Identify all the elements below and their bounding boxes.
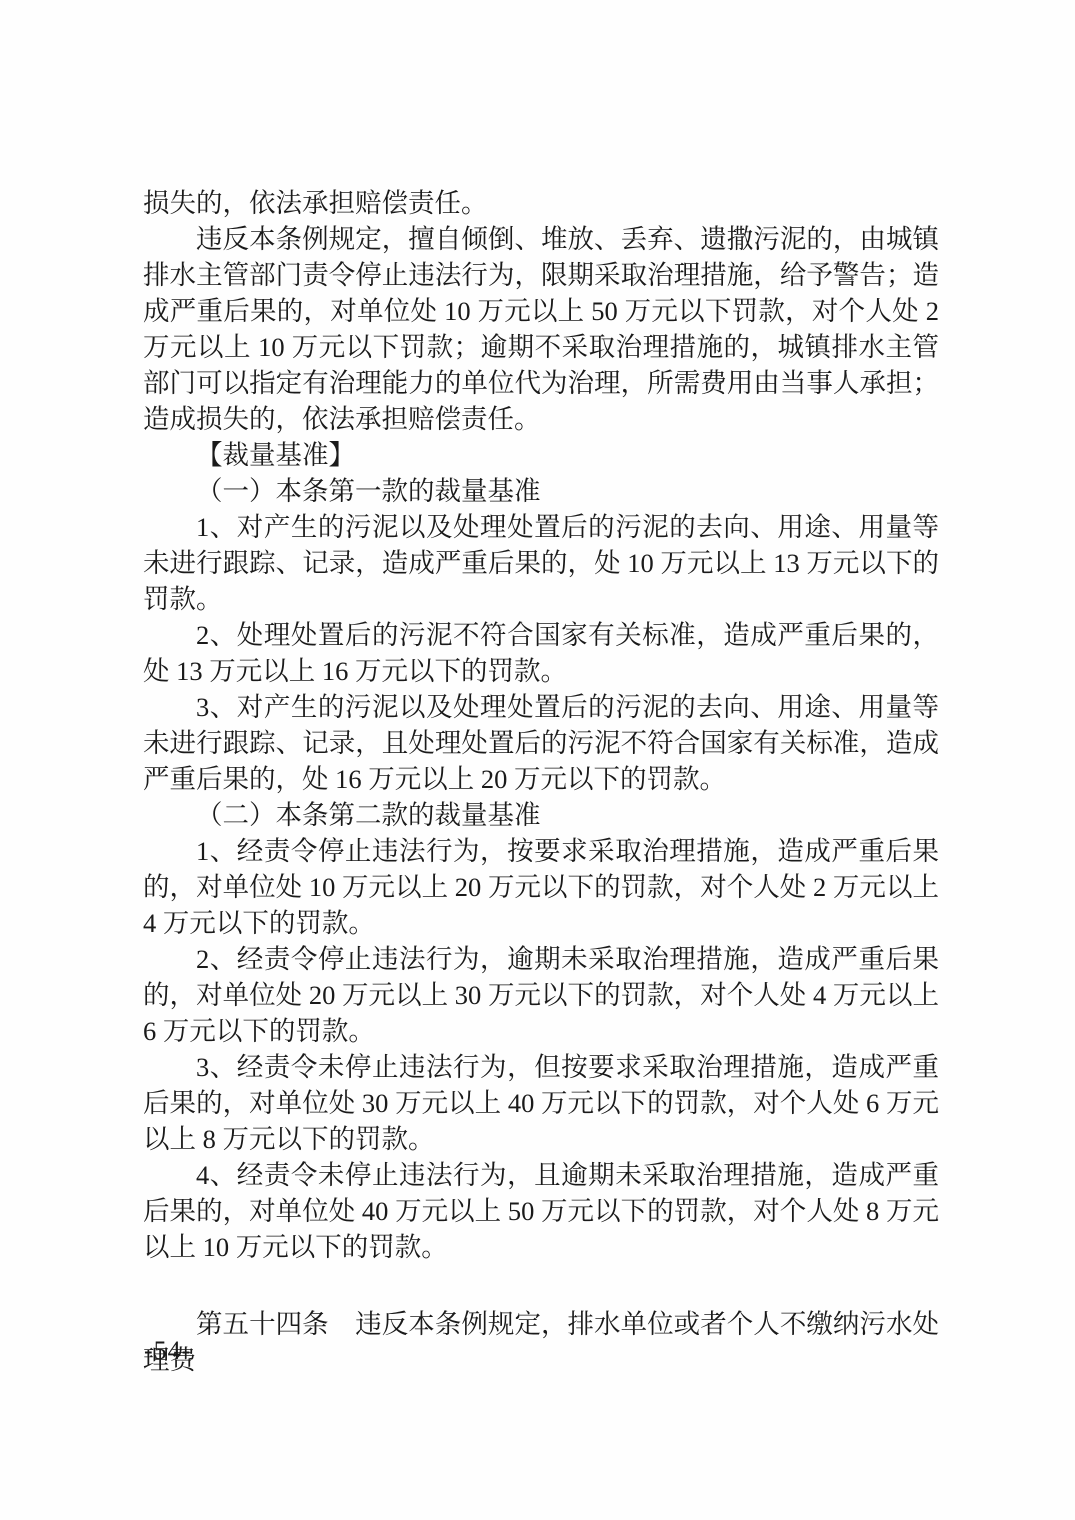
document-body: 损失的，依法承担赔偿责任。违反本条例规定，擅自倾倒、堆放、丢弃、遗撒污泥的，由城… xyxy=(143,185,939,1378)
paragraph: 2、处理处置后的污泥不符合国家有关标准，造成严重后果的，处 13 万元以上 16… xyxy=(143,617,939,689)
paragraph: 3、对产生的污泥以及处理处置后的污泥的去向、用途、用量等未进行跟踪、记录，且处理… xyxy=(143,689,939,797)
paragraph: 3、经责令未停止违法行为，但按要求采取治理措施，造成严重后果的，对单位处 30 … xyxy=(143,1049,939,1157)
paragraph: 第五十四条 违反本条例规定，排水单位或者个人不缴纳污水处理费 xyxy=(143,1306,939,1378)
paragraph: 1、经责令停止违法行为，按要求采取治理措施，造成严重后果的，对单位处 10 万元… xyxy=(143,833,939,941)
paragraph: （二）本条第二款的裁量基准 xyxy=(143,797,939,833)
paragraph: 1、对产生的污泥以及处理处置后的污泥的去向、用途、用量等未进行跟踪、记录，造成严… xyxy=(143,509,939,617)
paragraph: 【裁量基准】 xyxy=(143,437,939,473)
paragraph: （一）本条第一款的裁量基准 xyxy=(143,473,939,509)
paragraph: 损失的，依法承担赔偿责任。 xyxy=(143,185,939,221)
paragraph: 4、经责令未停止违法行为，且逾期未采取治理措施，造成严重后果的，对单位处 40 … xyxy=(143,1157,939,1265)
paragraph: 2、经责令停止违法行为，逾期未采取治理措施，造成严重后果的，对单位处 20 万元… xyxy=(143,941,939,1049)
document-page: 损失的，依法承担赔偿责任。违反本条例规定，擅自倾倒、堆放、丢弃、遗撒污泥的，由城… xyxy=(0,0,1075,1520)
paragraph: 违反本条例规定，擅自倾倒、堆放、丢弃、遗撒污泥的，由城镇排水主管部门责令停止违法… xyxy=(143,221,939,437)
page-number: -54- xyxy=(144,1334,191,1368)
